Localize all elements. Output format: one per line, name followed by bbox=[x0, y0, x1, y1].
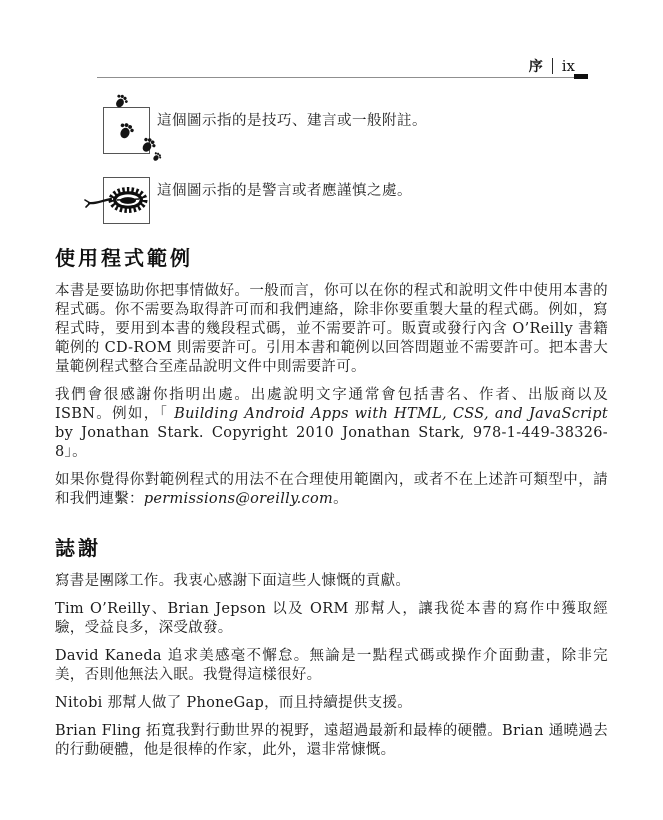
section-heading-acknowledgments: 誌謝 bbox=[55, 535, 608, 562]
text-run: 。 bbox=[333, 491, 348, 507]
paragraph: 本書是要協助你把事情做好。一般而言，你可以在你的程式和說明文件中使用本書的程式碼… bbox=[55, 282, 608, 377]
text-run: 本書是要協助你把事情做好。一般而言，你可以在你的程式和說明文件中使用本書的程式碼… bbox=[55, 283, 608, 375]
tip-note: 這個圖示指的是技巧、建言或一般附註。 bbox=[55, 107, 608, 155]
paragraph: 我們會很感謝你指明出處。出處說明文字通常會包括書名、作者、出版商以及 ISBN。… bbox=[55, 386, 608, 462]
book-page: 序ix bbox=[0, 0, 663, 820]
animal-trap-icon bbox=[103, 177, 151, 225]
text-run: permissions@oreilly.com bbox=[144, 491, 333, 507]
text-run: 寫書是團隊工作。我衷心感謝下面這些人慷慨的貢獻。 bbox=[55, 573, 410, 589]
paragraph: Nitobi 那幫人做了 PhoneGap，而且持續提供支援。 bbox=[55, 694, 608, 713]
paragraph: Tim O’Reilly、Brian Jepson 以及 ORM 那幫人，讓我從… bbox=[55, 600, 608, 638]
warning-note: 這個圖示指的是警言或者應謹慎之處。 bbox=[55, 177, 608, 225]
warning-note-icon-cell bbox=[55, 177, 157, 225]
tip-note-icon-cell bbox=[55, 107, 157, 155]
section-heading-code-examples: 使用程式範例 bbox=[55, 245, 608, 272]
page-content: 這個圖示指的是技巧、建言或一般附註。 這個圖示指的 bbox=[55, 0, 608, 760]
paragraph: Brian Fling 拓寬我對行動世界的視野，遠超過最新和最棒的硬體。Bria… bbox=[55, 722, 608, 760]
text-run: Tim O’Reilly、Brian Jepson 以及 ORM 那幫人，讓我從… bbox=[55, 601, 608, 636]
text-run: Nitobi 那幫人做了 PhoneGap，而且持續提供支援。 bbox=[55, 695, 412, 711]
warning-note-text: 這個圖示指的是警言或者應謹慎之處。 bbox=[157, 177, 608, 201]
paw-prints-icon bbox=[103, 107, 151, 155]
text-run: Building Android Apps with HTML, CSS, an… bbox=[174, 406, 608, 422]
text-run: by Jonathan Stark. Copyright 2010 Jonath… bbox=[55, 425, 608, 460]
text-run: David Kaneda 追求美感毫不懈怠。無論是一點程式碼或操作介面動畫，除非… bbox=[55, 648, 608, 683]
paragraph: 如果你覺得你對範例程式的用法不在合理使用範圍內，或者不在上述許可類型中，請和我們… bbox=[55, 471, 608, 509]
text-run: Brian Fling 拓寬我對行動世界的視野，遠超過最新和最棒的硬體。Bria… bbox=[55, 723, 608, 758]
paragraph: David Kaneda 追求美感毫不懈怠。無論是一點程式碼或操作介面動畫，除非… bbox=[55, 647, 608, 685]
paragraph: 寫書是團隊工作。我衷心感謝下面這些人慷慨的貢獻。 bbox=[55, 572, 608, 591]
tip-note-text: 這個圖示指的是技巧、建言或一般附註。 bbox=[157, 107, 608, 131]
